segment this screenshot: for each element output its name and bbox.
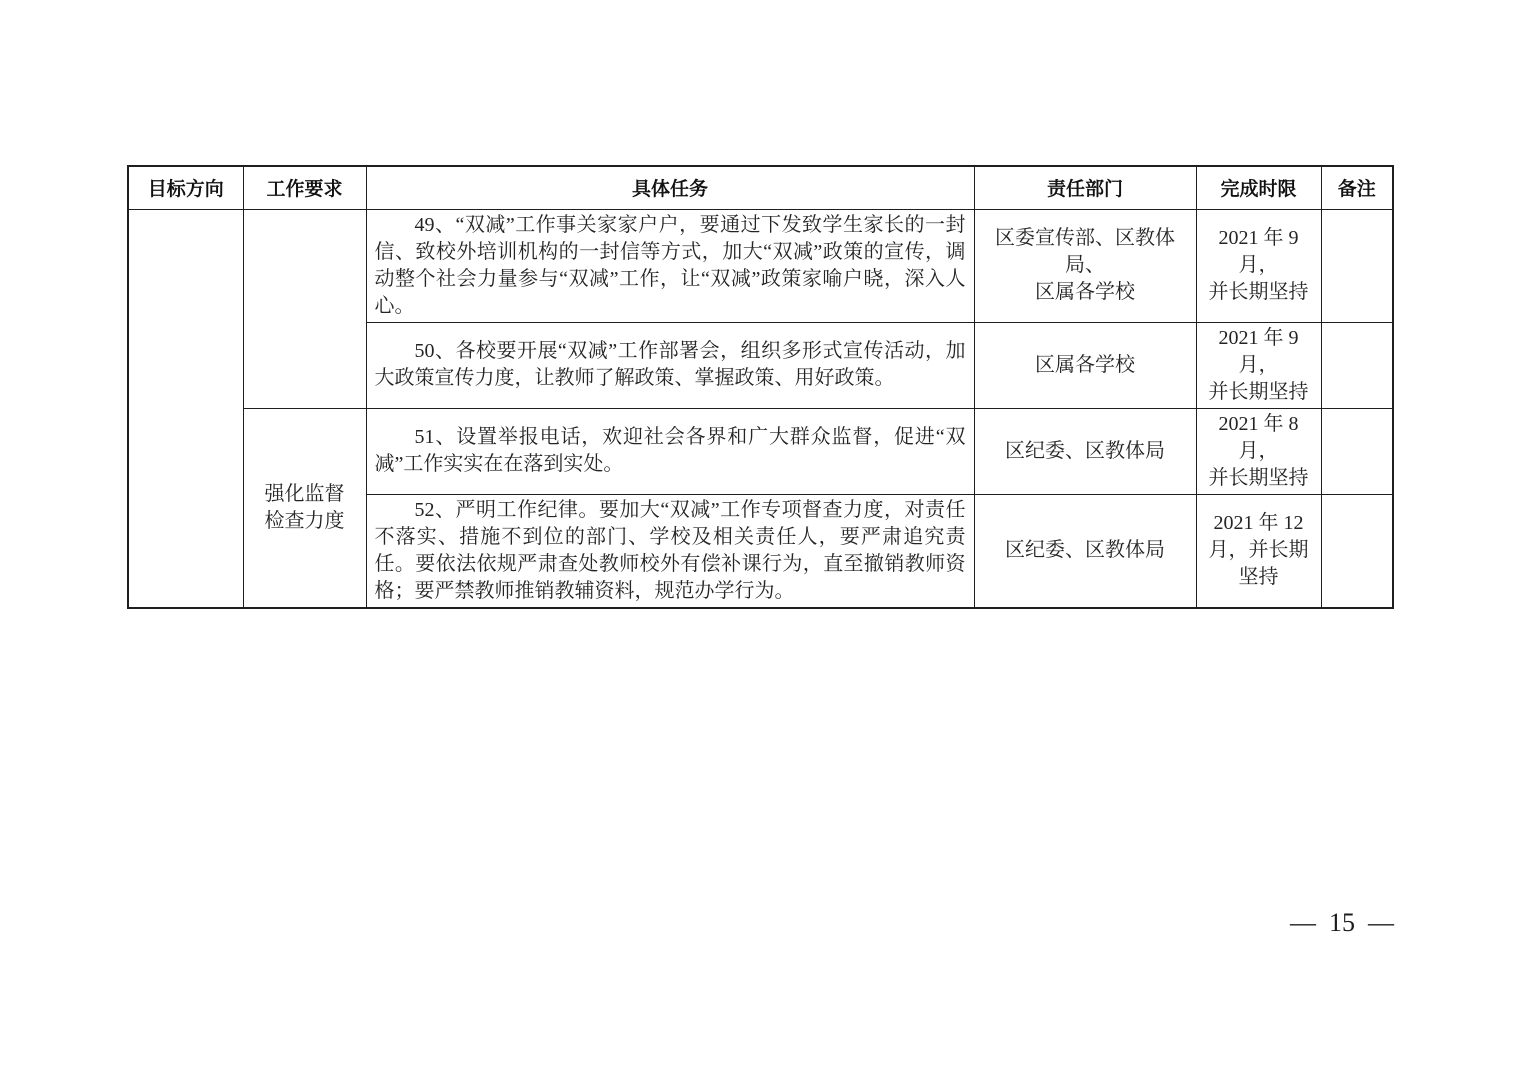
- note-cell-50: [1321, 322, 1393, 408]
- department-line: 区属各学校: [979, 352, 1192, 379]
- page-number-value: 15: [1329, 908, 1355, 938]
- deadline-cell-52: 2021 年 12 月，并长期 坚持: [1196, 494, 1321, 608]
- task-text-52: 52、严明工作纪律。要加大“双减”工作专项督查力度，对责任不落实、措施不到位的部…: [375, 497, 966, 605]
- table-row-49: 49、“双减”工作事关家家户户，要通过下发致学生家长的一封信、致校外培训机构的一…: [128, 209, 1393, 322]
- department-line: 区纪委、区教体局: [979, 438, 1192, 465]
- deadline-line: 2021 年 9 月，: [1201, 225, 1317, 279]
- task-cell-51: 51、设置举报电话，欢迎社会各界和广大群众监督，促进“双减”工作实实在在落到实处…: [366, 408, 974, 494]
- department-line: 区委宣传部、区教体局、: [979, 225, 1192, 279]
- work-requirement-line: 强化监督: [248, 481, 362, 508]
- header-cell-goal-direction: 目标方向: [128, 166, 243, 209]
- work-plan-table: 目标方向 工作要求 具体任务 责任部门 完成时限 备注 49、“双减”工作事关家…: [127, 165, 1394, 609]
- task-text-50: 50、各校要开展“双减”工作部署会，组织多形式宣传活动，加大政策宣传力度，让教师…: [375, 338, 966, 392]
- department-line: 区属各学校: [979, 279, 1192, 306]
- deadline-cell-50: 2021 年 9 月， 并长期坚持: [1196, 322, 1321, 408]
- deadline-cell-49: 2021 年 9 月， 并长期坚持: [1196, 209, 1321, 322]
- deadline-cell-51: 2021 年 8 月， 并长期坚持: [1196, 408, 1321, 494]
- task-text-51: 51、设置举报电话，欢迎社会各界和广大群众监督，促进“双减”工作实实在在落到实处…: [375, 424, 966, 478]
- department-cell-51: 区纪委、区教体局: [974, 408, 1196, 494]
- note-cell-52: [1321, 494, 1393, 608]
- document-page: 目标方向 工作要求 具体任务 责任部门 完成时限 备注 49、“双减”工作事关家…: [0, 0, 1520, 1074]
- header-cell-note: 备注: [1321, 166, 1393, 209]
- deadline-line: 2021 年 9 月，: [1201, 325, 1317, 379]
- task-cell-52: 52、严明工作纪律。要加大“双减”工作专项督查力度，对责任不落实、措施不到位的部…: [366, 494, 974, 608]
- header-cell-deadline: 完成时限: [1196, 166, 1321, 209]
- department-cell-52: 区纪委、区教体局: [974, 494, 1196, 608]
- note-cell-51: [1321, 408, 1393, 494]
- deadline-line: 并长期坚持: [1201, 465, 1317, 492]
- page-number-dash-left: —: [1290, 908, 1316, 938]
- task-text-49: 49、“双减”工作事关家家户户，要通过下发致学生家长的一封信、致校外培训机构的一…: [375, 212, 966, 320]
- deadline-line: 并长期坚持: [1201, 279, 1317, 306]
- deadline-line: 月，并长期: [1201, 537, 1317, 564]
- department-line: 区纪委、区教体局: [979, 537, 1192, 564]
- task-cell-50: 50、各校要开展“双减”工作部署会，组织多形式宣传活动，加大政策宣传力度，让教师…: [366, 322, 974, 408]
- header-cell-department: 责任部门: [974, 166, 1196, 209]
- deadline-line: 并长期坚持: [1201, 379, 1317, 406]
- deadline-line: 坚持: [1201, 564, 1317, 591]
- work-requirement-cell-blank: [243, 209, 366, 408]
- department-cell-49: 区委宣传部、区教体局、 区属各学校: [974, 209, 1196, 322]
- header-cell-task: 具体任务: [366, 166, 974, 209]
- page-number-dash-right: —: [1368, 908, 1394, 938]
- deadline-line: 2021 年 8 月，: [1201, 411, 1317, 465]
- note-cell-49: [1321, 209, 1393, 322]
- task-cell-49: 49、“双减”工作事关家家户户，要通过下发致学生家长的一封信、致校外培训机构的一…: [366, 209, 974, 322]
- header-cell-work-requirement: 工作要求: [243, 166, 366, 209]
- table-header-row: 目标方向 工作要求 具体任务 责任部门 完成时限 备注: [128, 166, 1393, 209]
- table-row-51: 强化监督 检查力度 51、设置举报电话，欢迎社会各界和广大群众监督，促进“双减”…: [128, 408, 1393, 494]
- page-number: — 15 —: [1290, 908, 1394, 938]
- deadline-line: 2021 年 12: [1201, 510, 1317, 537]
- work-requirement-cell: 强化监督 检查力度: [243, 408, 366, 608]
- work-requirement-line: 检查力度: [248, 508, 362, 535]
- department-cell-50: 区属各学校: [974, 322, 1196, 408]
- goal-direction-cell: [128, 209, 243, 608]
